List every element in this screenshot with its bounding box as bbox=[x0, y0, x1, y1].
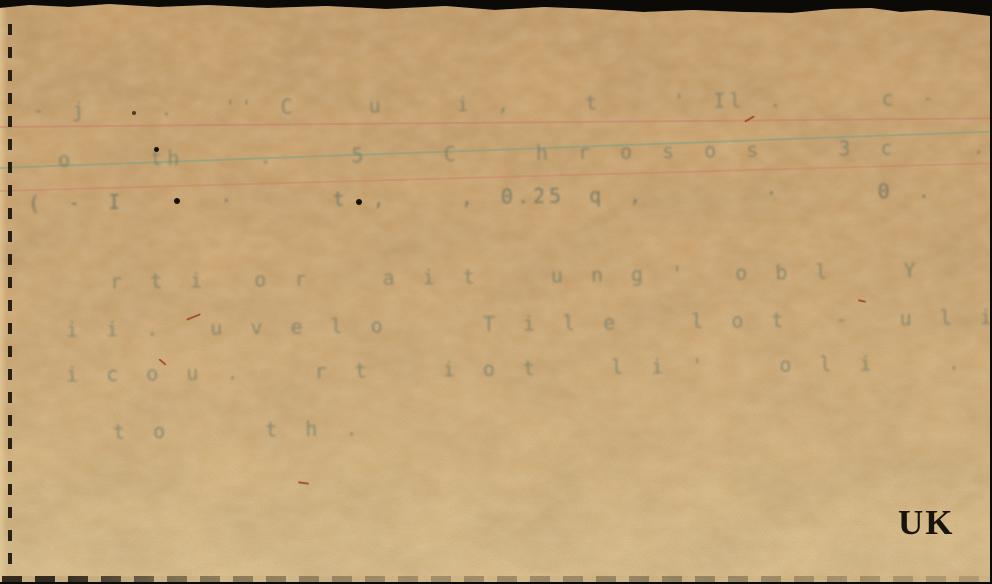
faint-typed-line: i c o u . r t i o t l i ' o l i . t bbox=[66, 349, 992, 386]
faint-typed-line: ( - I · t , , 0.25 q , · 0 . I - bbox=[28, 177, 992, 215]
fiber-speck bbox=[298, 481, 309, 485]
card-left-edge-highlight bbox=[0, 0, 7, 582]
fiber-speck bbox=[858, 299, 866, 303]
faint-typed-line: i i . u v e l o T i l e l o t - u l i - bbox=[66, 304, 992, 342]
bottom-perforation-dashed-line bbox=[2, 576, 990, 582]
ink-dot bbox=[132, 111, 136, 115]
ink-dot bbox=[356, 199, 362, 205]
faint-typed-line: - j . '' C u i , t ' Il . c - bbox=[32, 86, 938, 123]
scanned-card: - j . '' C u i , t ' Il . c - o th . 5 C… bbox=[0, 0, 990, 582]
country-mark: UK bbox=[898, 503, 955, 543]
faint-typed-line: t o t h . bbox=[113, 416, 362, 443]
left-perforation-dashed-line bbox=[8, 24, 12, 576]
faint-typed-line: r t i o r a i t u n g ' o b l Y bbox=[110, 258, 920, 293]
ink-dot bbox=[174, 198, 180, 204]
ink-dot bbox=[154, 147, 159, 152]
